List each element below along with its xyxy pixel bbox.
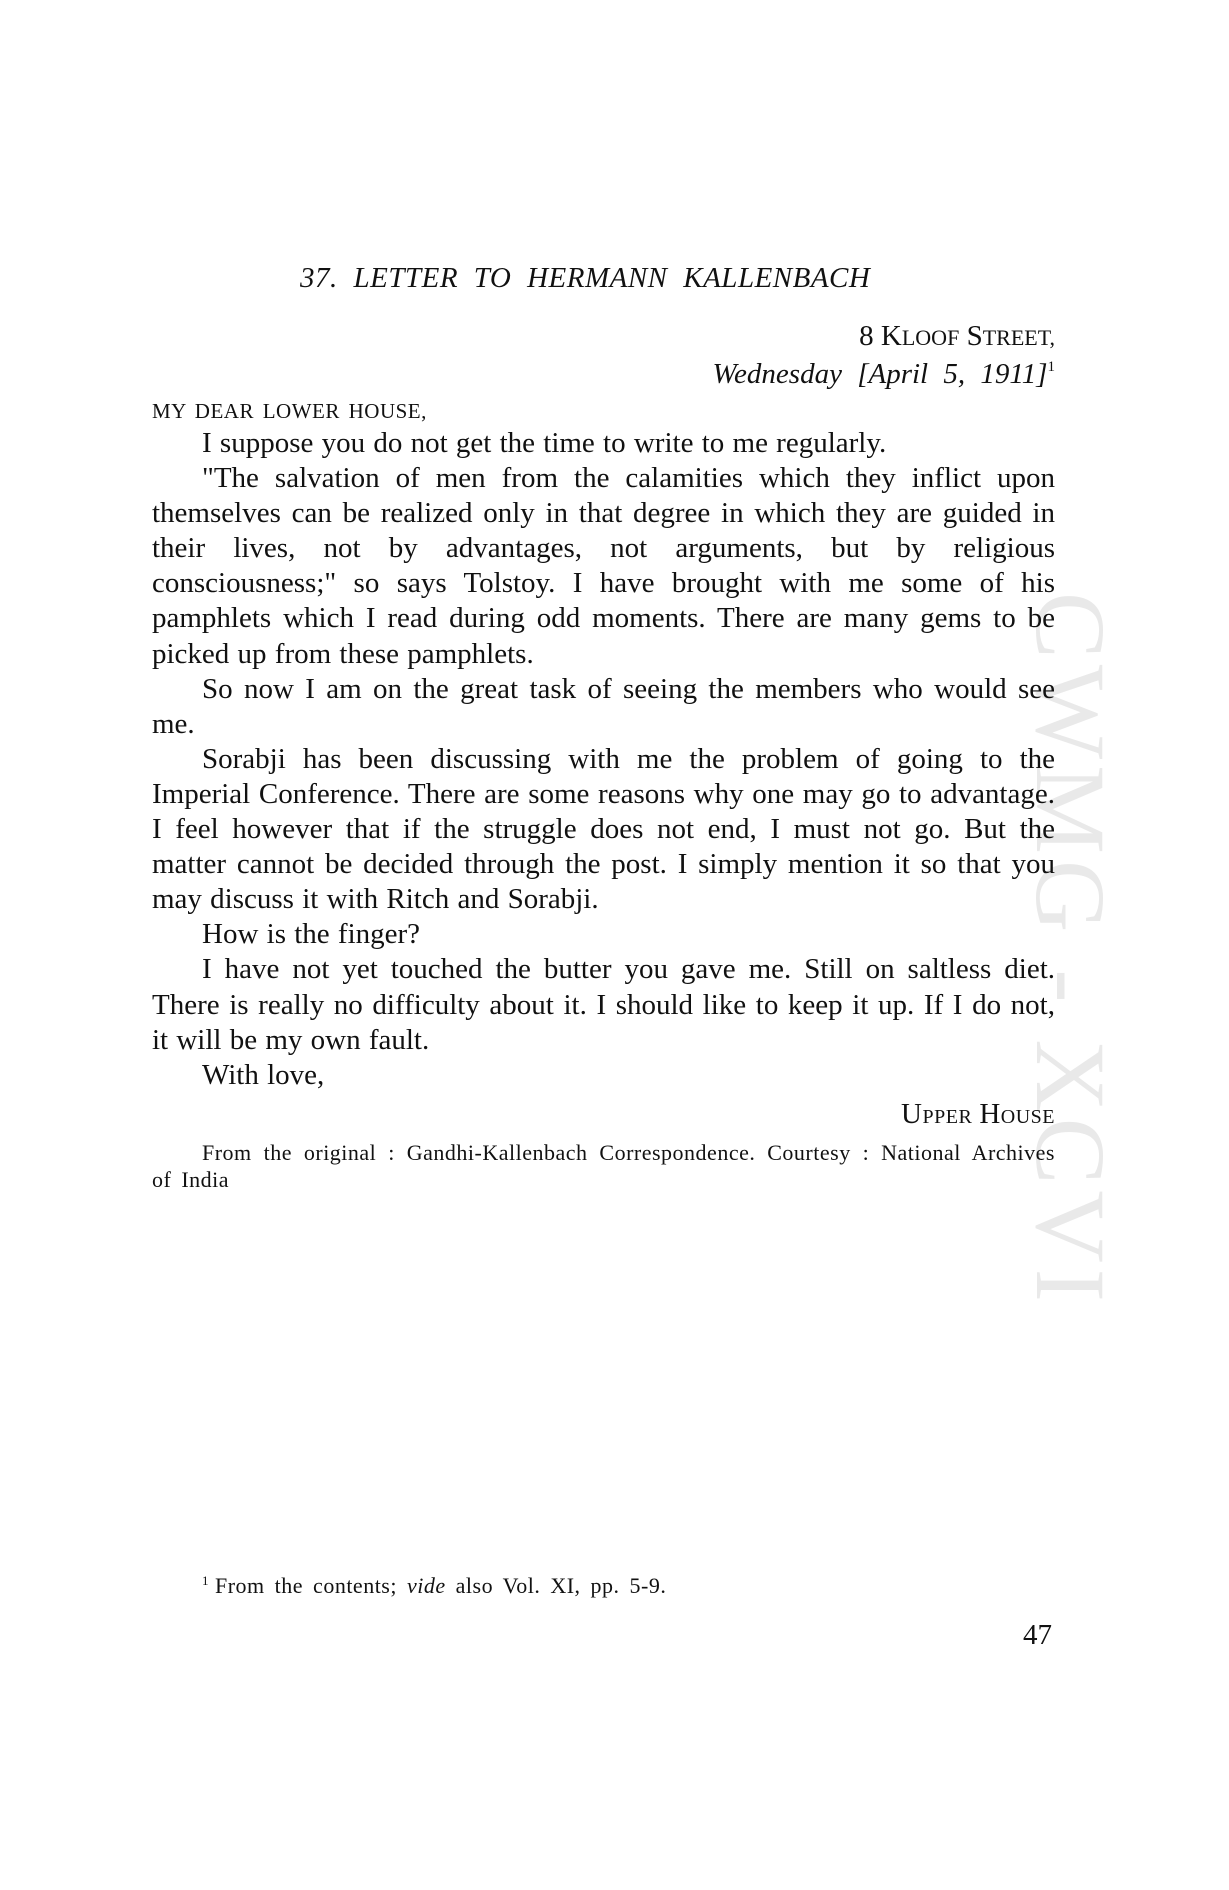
paragraph: Sorabji has been discussing with me the … [152, 742, 1055, 917]
sender-address: 8 KLOOF STREET, Wednesday [April 5, 1911… [152, 318, 1055, 392]
footnote-ref-1[interactable]: 1 [1048, 359, 1056, 375]
letter-date-line: Wednesday [April 5, 1911]1 [152, 356, 1055, 392]
footnote-text-after: also Vol. XI, pp. 5-9. [456, 1573, 667, 1598]
signature: UPPER HOUSE [152, 1098, 1055, 1131]
closing: With love, [152, 1058, 1055, 1093]
document-page: CWMG - XCVI 37. LETTER TO HERMANN KALLEN… [0, 0, 1229, 1890]
address-street-line: 8 KLOOF STREET, [152, 318, 1055, 356]
letter-body: I suppose you do not get the time to wri… [152, 426, 1055, 1093]
footnote: 1From the contents; vide also Vol. XI, p… [202, 1573, 666, 1599]
footnote-italic: vide [407, 1573, 446, 1598]
address-street: KLOOF STREET, [881, 320, 1055, 352]
address-number: 8 [859, 320, 874, 352]
footnote-text-before: From the contents; [215, 1573, 397, 1598]
letter-date: [April 5, 1911] [857, 358, 1047, 390]
page-number: 47 [152, 1619, 1052, 1652]
source-note: From the original : Gandhi-Kallenbach Co… [152, 1139, 1055, 1193]
salutation: MY DEAR LOWER HOUSE, [152, 399, 427, 424]
letter-title: 37. LETTER TO HERMANN KALLENBACH [152, 262, 1055, 295]
paragraph: I have not yet touched the butter you ga… [152, 952, 1055, 1057]
footnote-marker: 1 [202, 1573, 209, 1588]
paragraph: I suppose you do not get the time to wri… [152, 426, 1055, 461]
paragraph: "The salvation of men from the calamitie… [152, 461, 1055, 672]
paragraph: So now I am on the great task of seeing … [152, 672, 1055, 742]
letter-day: Wednesday [713, 358, 842, 390]
paragraph: How is the finger? [152, 917, 1055, 952]
